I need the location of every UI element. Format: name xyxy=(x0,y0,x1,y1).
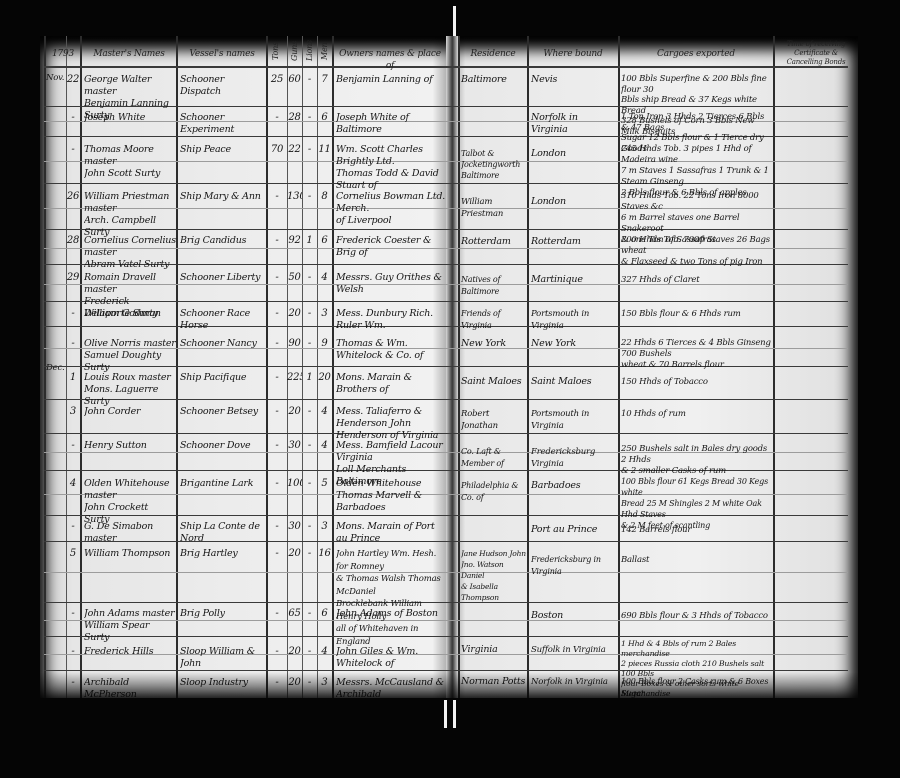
cargo: 250 Bushels salt in Bales dry goods 2 Hh… xyxy=(621,444,773,477)
tons: - xyxy=(267,521,287,533)
men: 6 xyxy=(317,112,332,124)
lions: - xyxy=(302,478,317,490)
header-masters-names: Master's Names xyxy=(82,48,176,60)
lions: - xyxy=(302,677,317,689)
guns: 22 xyxy=(287,144,302,156)
men: 6 xyxy=(317,235,332,247)
master-name: Archibald McPherson xyxy=(84,677,176,701)
header-guns: Guns xyxy=(289,38,301,64)
tons: - xyxy=(267,646,287,658)
residence: New York xyxy=(461,338,527,350)
vessel-name: Schooner Race Horse xyxy=(180,308,266,332)
men: 8 xyxy=(317,191,332,203)
vessel-name: Ship Peace xyxy=(180,144,266,156)
row-day: 28 xyxy=(66,235,80,247)
cargo: 22 Hhds 6 Tierces & 4 Bbls Ginseng 700 B… xyxy=(621,338,773,371)
tons: - xyxy=(267,478,287,490)
where-bound: Nevis xyxy=(531,74,617,86)
row-day: - xyxy=(66,112,80,124)
row-rule xyxy=(44,602,848,603)
where-bound: Saint Maloes xyxy=(531,376,617,388)
residence: Robert Jonathan xyxy=(461,408,527,432)
header-men: Men xyxy=(319,38,331,64)
vessel-name: Ship La Conte de Nord xyxy=(180,521,266,545)
where-bound: Suffolk in Virginia xyxy=(531,644,617,656)
lions: - xyxy=(302,548,317,560)
men: 6 xyxy=(317,608,332,620)
men: 5 xyxy=(317,478,332,490)
master-name: William Priestman master Arch. Campbell … xyxy=(84,191,176,239)
row-day: 3 xyxy=(66,406,80,418)
where-bound: Martinique xyxy=(531,274,617,286)
row-day: 5 xyxy=(66,548,80,560)
men: 11 xyxy=(317,144,332,156)
men: 3 xyxy=(317,677,332,689)
vessel-name: Sloop Industry xyxy=(180,677,266,689)
lions: - xyxy=(302,308,317,320)
men: 3 xyxy=(317,521,332,533)
tons: - xyxy=(267,272,287,284)
lions: - xyxy=(302,191,317,203)
vessel-name: Brigantine Lark xyxy=(180,478,266,490)
cargo: 142 Barrels flour xyxy=(621,524,773,536)
where-bound: Fredericksburg Virginia xyxy=(531,446,617,470)
header-owners: Owners names & place of xyxy=(334,48,446,72)
guns: 28 xyxy=(287,112,302,124)
cargo: 690 Bbls flour & 3 Hhds of Tobacco xyxy=(621,610,773,622)
header-tons: Tons xyxy=(270,38,284,64)
owner: John Giles & Wm. Whitelock of xyxy=(336,646,446,670)
where-bound: Barbadoes xyxy=(531,480,617,492)
men: 9 xyxy=(317,338,332,350)
header-rule xyxy=(44,66,848,68)
tons: - xyxy=(267,548,287,560)
lions: - xyxy=(302,144,317,156)
men: 4 xyxy=(317,272,332,284)
row-day: - xyxy=(66,608,80,620)
residence: Talbot & Jocketingworth Baltimore xyxy=(461,148,527,181)
residence: Baltimore xyxy=(461,74,527,86)
guns: 20 xyxy=(287,308,302,320)
men: 20 xyxy=(317,372,332,384)
cargo: 327 Hhds of Claret xyxy=(621,274,773,286)
owner: John Hartley Wm. Hesh. for Romney & Thom… xyxy=(336,548,446,648)
guns: 20 xyxy=(287,406,302,418)
residence: Natives of Baltimore xyxy=(461,274,527,298)
row-day: - xyxy=(66,521,80,533)
master-name: Cornelius Cornelius master Abram Vatel S… xyxy=(84,235,176,271)
residence: Jane Hudson John Jno. Watson Daniel & Is… xyxy=(461,548,527,603)
guns: 65 xyxy=(287,608,302,620)
header-lions: Lions xyxy=(304,38,316,64)
owner: Messrs. Guy Orithes & Welsh xyxy=(336,272,446,296)
where-bound: New York xyxy=(531,338,617,350)
row-day: - xyxy=(66,338,80,350)
where-bound: Rotterdam xyxy=(531,236,617,248)
row-day: - xyxy=(66,646,80,658)
vessel-name: Ship Mary & Ann xyxy=(180,191,266,203)
residence: William Priestman xyxy=(461,196,527,220)
owner: Wm. Scott Charles Brightly Ltd. Thomas T… xyxy=(336,144,446,192)
where-bound: Fredericksburg in Virginia xyxy=(531,554,617,578)
residence: Friends of Virginia xyxy=(461,308,527,332)
header-where-bound: Where bound xyxy=(529,48,617,60)
where-bound: Port au Prince xyxy=(531,524,617,536)
lions: - xyxy=(302,646,317,658)
owner: Cornelius Bowman Ltd. Merch. of Liverpoo… xyxy=(336,191,446,227)
tons: - xyxy=(267,191,287,203)
owner: Mons. Marain of Port au Prince xyxy=(336,521,446,545)
binding-clip-top xyxy=(453,6,456,36)
guns: 100 xyxy=(287,478,302,490)
row-rule xyxy=(44,326,848,327)
men: 4 xyxy=(317,406,332,418)
master-name: Henry Sutton xyxy=(84,440,176,452)
guns: 30 xyxy=(287,440,302,452)
guns: 225 xyxy=(287,372,302,384)
residence: Philadelphia & Co. of xyxy=(461,480,527,504)
men: 4 xyxy=(317,440,332,452)
ledger-book: 1793 Master's Names Vessel's names Tons … xyxy=(40,36,858,698)
vessel-name: Schooner Dove xyxy=(180,440,266,452)
residence: Virginia xyxy=(461,644,527,656)
month-label: Nov. xyxy=(46,72,66,84)
vessel-name: Brig Candidus xyxy=(180,235,266,247)
master-name: William Thompson xyxy=(84,548,176,560)
lions: - xyxy=(302,112,317,124)
men: 16 xyxy=(317,548,332,560)
row-day: - xyxy=(66,308,80,320)
master-name: Thomas Moore master John Scott Surty xyxy=(84,144,176,180)
residence: Norman Potts xyxy=(461,676,527,688)
where-bound: London xyxy=(531,148,617,160)
header-cargoes-exported: Cargoes exported xyxy=(620,48,772,60)
owner: Messrs. McCausland & Archibald xyxy=(336,677,446,701)
vessel-name: Schooner Dispatch xyxy=(180,74,266,98)
tons: - xyxy=(267,440,287,452)
tons: - xyxy=(267,608,287,620)
vessel-name: Brig Hartley xyxy=(180,548,266,560)
lions: - xyxy=(302,338,317,350)
cargo: 150 Hhds of Tobacco xyxy=(621,376,773,388)
master-name: G. De Simabon master xyxy=(84,521,176,545)
row-day: 1 xyxy=(66,372,80,384)
tons: - xyxy=(267,235,287,247)
where-bound: London xyxy=(531,196,617,208)
lions: - xyxy=(302,406,317,418)
row-day: 4 xyxy=(66,478,80,490)
faint-rule xyxy=(44,572,848,573)
lions: 1 xyxy=(302,372,317,384)
cargo: 150 Bbls flour & 6 Hhds rum xyxy=(621,308,773,320)
cargo: Ballast xyxy=(621,554,773,566)
where-bound: Portsmouth in Virginia xyxy=(531,308,617,332)
header-year: 1793 xyxy=(46,48,80,60)
binding-clip-bottom-left xyxy=(444,700,447,728)
lions: - xyxy=(302,272,317,284)
header-residence: Residence xyxy=(460,48,526,60)
residence: Saint Maloes xyxy=(461,376,527,388)
guns: 90 xyxy=(287,338,302,350)
lions: - xyxy=(302,521,317,533)
guns: 20 xyxy=(287,548,302,560)
master-name: Louis Roux master Mons. Laguerre Surty xyxy=(84,372,176,408)
row-day: 22 xyxy=(66,74,80,86)
guns: 20 xyxy=(287,677,302,689)
where-bound: Portsmouth in Virginia xyxy=(531,408,617,432)
cargo: 100 Bbls flour 2 Casks rum & 6 Boxes Sug… xyxy=(621,676,773,700)
tons: - xyxy=(267,406,287,418)
vessel-name: Schooner Betsey xyxy=(180,406,266,418)
tons: - xyxy=(267,338,287,350)
vessel-name: Ship Pacifique xyxy=(180,372,266,384)
owner: Olden Whitehouse Thomas Marvell & Barbad… xyxy=(336,478,446,514)
master-name: John Corder xyxy=(84,406,176,418)
vessel-name: Sloop William & John xyxy=(180,646,266,670)
header-remarks: Time of receiving Certificate & Cancelli… xyxy=(776,40,856,67)
guns: 60 xyxy=(287,74,302,86)
owner: Frederick Coester & Brig of xyxy=(336,235,446,259)
master-name: William Godman xyxy=(84,308,176,320)
header-vessels-names: Vessel's names xyxy=(178,48,266,60)
row-rule xyxy=(44,433,848,434)
tons: 70 xyxy=(267,144,287,156)
tons: - xyxy=(267,677,287,689)
men: 4 xyxy=(317,646,332,658)
owner: Mess. Dunbury Rich. Ruler Wm. xyxy=(336,308,446,332)
men: 3 xyxy=(317,308,332,320)
men: 7 xyxy=(317,74,332,86)
owner: Mons. Marain & Brothers of xyxy=(336,372,446,396)
owner: Mess. Taliaferro & Henderson John Hender… xyxy=(336,406,446,442)
row-day: - xyxy=(66,440,80,452)
master-name: Olden Whitehouse master John Crockett Su… xyxy=(84,478,176,526)
cargo: 10 Hhds of rum xyxy=(621,408,773,420)
residence: Co. Laft & Member of xyxy=(461,446,527,470)
owner: Joseph White of Baltimore xyxy=(336,112,446,136)
row-day: - xyxy=(66,677,80,689)
lions: - xyxy=(302,440,317,452)
cargo: 100 Bbls flour 61 Kegs Bread 30 Kegs whi… xyxy=(621,476,773,531)
guns: 20 xyxy=(287,646,302,658)
lions: - xyxy=(302,608,317,620)
tons: - xyxy=(267,372,287,384)
master-name: Frederick Hills xyxy=(84,646,176,658)
vessel-name: Schooner Nancy xyxy=(180,338,266,350)
vessel-name: Brig Polly xyxy=(180,608,266,620)
residence: Rotterdam xyxy=(461,236,527,248)
lions: 1 xyxy=(302,235,317,247)
vessel-name: Schooner Experiment xyxy=(180,112,266,136)
master-name: Joseph White xyxy=(84,112,176,124)
vessel-name: Schooner Liberty xyxy=(180,272,266,284)
master-name: John Adams master William Spear Surty xyxy=(84,608,176,644)
tons: - xyxy=(267,308,287,320)
guns: 130 xyxy=(287,191,302,203)
owner: John Adams of Boston xyxy=(336,608,446,620)
row-day: - xyxy=(66,144,80,156)
where-bound: Norfolk in Virginia xyxy=(531,676,617,688)
master-name: Olive Norris master Samuel Doughty Surty xyxy=(84,338,176,374)
lions: - xyxy=(302,74,317,86)
cargo: 200 Hhds Tob. 7000 Staves 26 Bags wheat … xyxy=(621,235,773,268)
where-bound: Boston xyxy=(531,610,617,622)
month-label: Dec. xyxy=(46,362,66,374)
row-day: 29 xyxy=(66,272,80,284)
where-bound: Norfolk in Virginia xyxy=(531,112,617,136)
tons: 25 xyxy=(267,74,287,86)
guns: 50 xyxy=(287,272,302,284)
binding-clip-bottom-right xyxy=(453,700,456,728)
owner: Benjamin Lanning of xyxy=(336,74,446,86)
guns: 30 xyxy=(287,521,302,533)
row-day: 26 xyxy=(66,191,80,203)
owner: Thomas & Wm. Whitelock & Co. of xyxy=(336,338,446,362)
guns: 92 xyxy=(287,235,302,247)
tons: - xyxy=(267,112,287,124)
